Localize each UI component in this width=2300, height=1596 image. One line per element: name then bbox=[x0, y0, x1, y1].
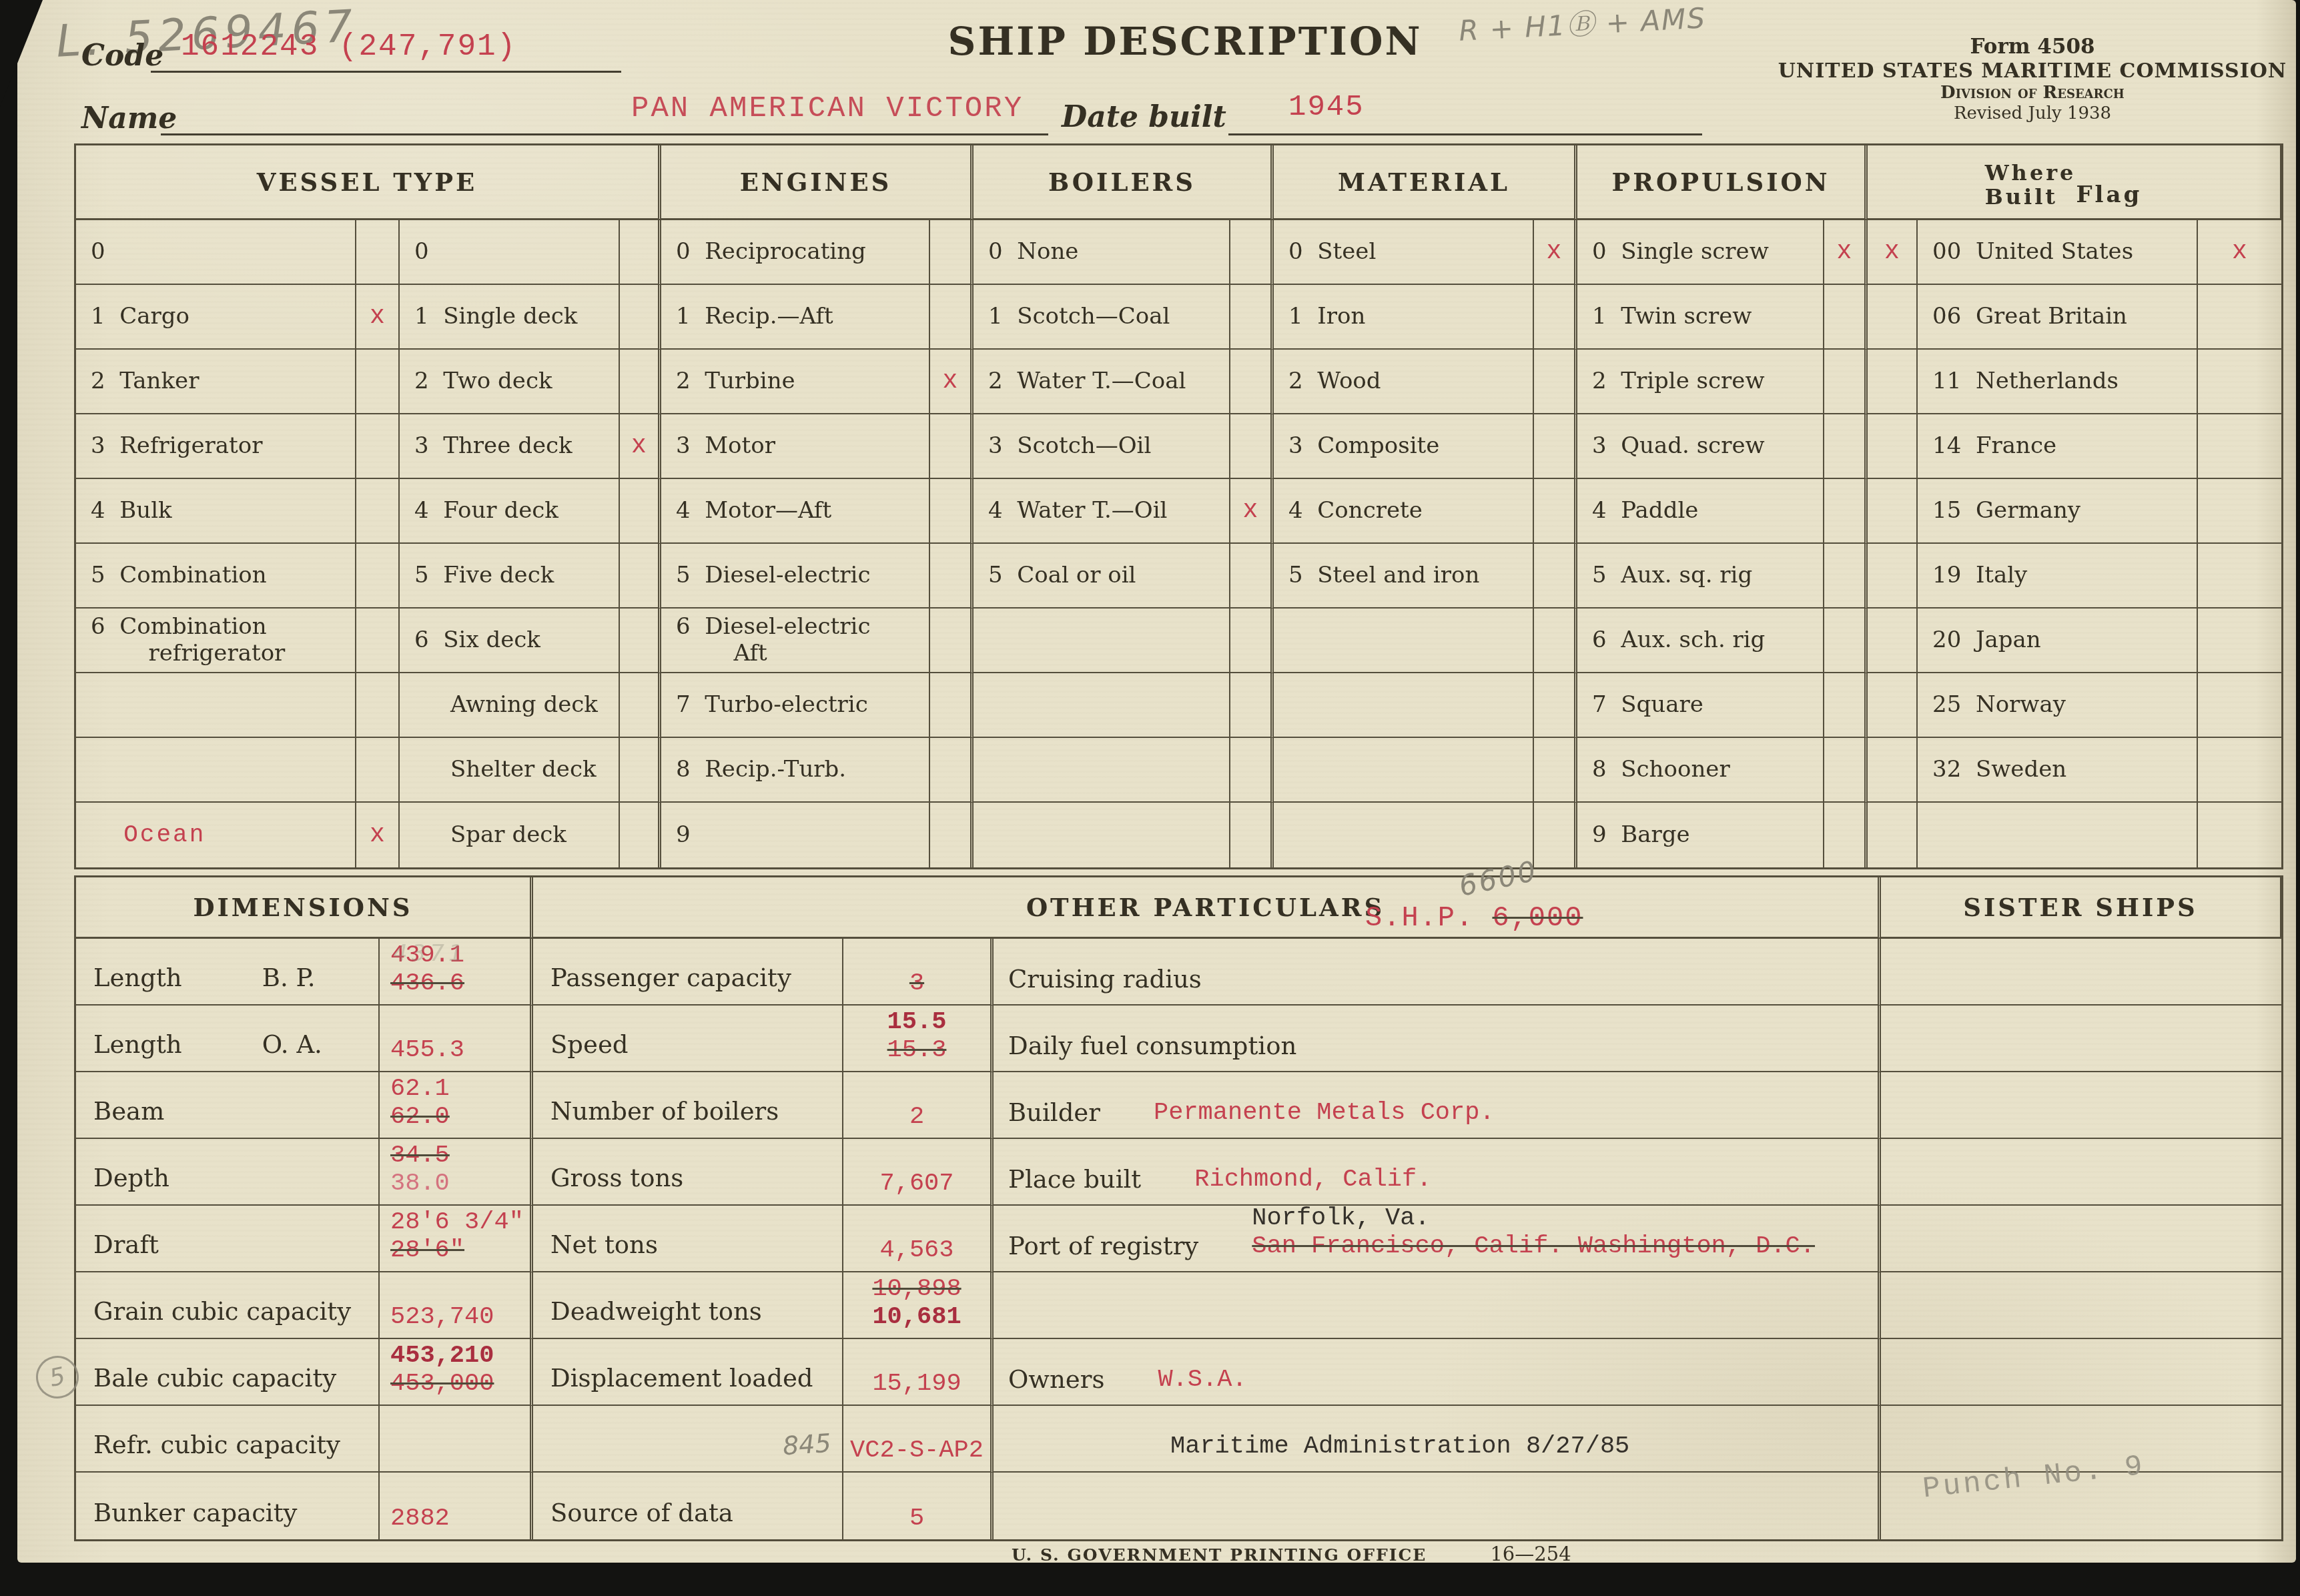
material-check-r4 bbox=[1534, 479, 1577, 544]
propulsion-r2: 2 Triple screw bbox=[1577, 350, 1824, 414]
right-values: Richmond, Calif. bbox=[1194, 1166, 1431, 1194]
country-r5: 19 Italy bbox=[1918, 544, 2198, 609]
right-cell-r2: BuilderPermanente Metals Corp. bbox=[994, 1072, 1881, 1139]
vessel-type1-r1: 1 Cargo bbox=[76, 285, 356, 350]
vessel-type2-check-r6 bbox=[620, 609, 661, 673]
vessel-type2-check-r0 bbox=[620, 220, 661, 285]
right-values: W.S.A. bbox=[1158, 1366, 1246, 1394]
particulars-table: DIMENSIONS OTHER PARTICULARS SISTER SHIP… bbox=[74, 875, 2283, 1541]
material-r9 bbox=[1274, 803, 1534, 867]
sister-ships-cell-r4 bbox=[1881, 1206, 2281, 1272]
vessel-type2-check-r1 bbox=[620, 285, 661, 350]
boilers-check-r1 bbox=[1230, 285, 1274, 350]
sister-ships-cell-r2 bbox=[1881, 1072, 2281, 1139]
dim-label-text: Grain cubic capacity bbox=[93, 1297, 351, 1326]
header-propulsion: PROPULSION bbox=[1577, 145, 1868, 220]
material-r1: 1 Iron bbox=[1274, 285, 1534, 350]
op-label-r4: Net tons bbox=[533, 1206, 843, 1272]
op-value-r5-1: 10,681 bbox=[872, 1304, 961, 1331]
op-label-text: Displacement loaded bbox=[550, 1364, 813, 1392]
op-value-r6: 15,199 bbox=[843, 1339, 994, 1406]
right-value-r2-0: Permanente Metals Corp. bbox=[1154, 1100, 1495, 1127]
op-value-r5-0: 10,898 bbox=[872, 1276, 961, 1303]
dim-label-text: Length bbox=[93, 1030, 182, 1059]
boilers-check-r8 bbox=[1230, 738, 1274, 803]
printing-office-text: U. S. GOVERNMENT PRINTING OFFICE bbox=[1012, 1545, 1427, 1565]
op-value-r3: 7,607 bbox=[843, 1139, 994, 1206]
right-cell-r1: Daily fuel consumption bbox=[994, 1006, 1881, 1072]
propulsion-check-r9 bbox=[1824, 803, 1868, 867]
flag-check-r9 bbox=[2198, 803, 2281, 867]
where-built-check-r1 bbox=[1868, 285, 1918, 350]
boilers-r6 bbox=[974, 609, 1230, 673]
dim-label-r3: Depth bbox=[76, 1139, 380, 1206]
date-built-value: 1945 bbox=[1288, 91, 1365, 124]
form-number: Form 4508 bbox=[1772, 35, 2293, 59]
ship-name-value: PAN AMERICAN VICTORY bbox=[631, 92, 1024, 125]
propulsion-check-r7 bbox=[1824, 673, 1868, 738]
dim-value-r6: 453,210453,000 bbox=[380, 1339, 533, 1406]
dim-value-r2: 62.162.0 bbox=[380, 1072, 533, 1139]
propulsion-check-r2 bbox=[1824, 350, 1868, 414]
engines-r3: 3 Motor bbox=[661, 414, 930, 479]
material-r6 bbox=[1274, 609, 1534, 673]
right-label-text: Builder bbox=[1008, 1098, 1100, 1127]
engines-check-r9 bbox=[930, 803, 974, 867]
op-label-r5: Deadweight tons bbox=[533, 1272, 843, 1339]
print-code: 16—254 bbox=[1490, 1543, 1571, 1565]
right-label-text: Place built bbox=[1008, 1165, 1141, 1194]
dim-value-r4-0: 28'6 3/4" bbox=[390, 1209, 524, 1236]
right-centered-note: Maritime Administration 8/27/85 bbox=[1170, 1433, 1629, 1461]
sister-ships-cell-r3 bbox=[1881, 1139, 2281, 1206]
propulsion-check-r1 bbox=[1824, 285, 1868, 350]
material-check-r5 bbox=[1534, 544, 1577, 609]
sister-ships-cell-r0 bbox=[1881, 939, 2281, 1006]
op-value-r4-0: 4,563 bbox=[879, 1237, 953, 1264]
dim-value-r3-1: 38.0 bbox=[390, 1170, 450, 1198]
flag-check-r2 bbox=[2198, 350, 2281, 414]
date-built-underline bbox=[1228, 133, 1702, 135]
engines-r5: 5 Diesel-electric bbox=[661, 544, 930, 609]
where-built-check-r5 bbox=[1868, 544, 1918, 609]
header-material: MATERIAL bbox=[1274, 145, 1577, 220]
material-check-r8 bbox=[1534, 738, 1577, 803]
flag-check-r4 bbox=[2198, 479, 2281, 544]
vessel-type1-check-r7 bbox=[356, 673, 400, 738]
header-other-particulars: OTHER PARTICULARS bbox=[533, 877, 1881, 939]
engines-r0: 0 Reciprocating bbox=[661, 220, 930, 285]
vessel-type2-check-r9 bbox=[620, 803, 661, 867]
op-value-r8: 5 bbox=[843, 1473, 994, 1539]
dim-label-r2: Beam bbox=[76, 1072, 380, 1139]
op-label-text: Deadweight tons bbox=[550, 1297, 762, 1326]
dim-value-r4: 28'6 3/4"28'6" bbox=[380, 1206, 533, 1272]
op-label-r7: 845 bbox=[533, 1406, 843, 1473]
code-value: 1612243 (247,791) bbox=[181, 29, 516, 64]
boilers-check-r7 bbox=[1230, 673, 1274, 738]
vessel-type2-r9: Spar deck bbox=[400, 803, 620, 867]
paper-sheet: L. 5269467 Code 1612243 (247,791) SHIP D… bbox=[17, 0, 2296, 1563]
vessel-type1-check-r5 bbox=[356, 544, 400, 609]
engines-check-r3 bbox=[930, 414, 974, 479]
op-value-r1-1: 15.3 bbox=[887, 1037, 947, 1064]
code-label: Code bbox=[81, 39, 163, 73]
boilers-r2: 2 Water T.—Coal bbox=[974, 350, 1230, 414]
dim-value-r4-1: 28'6" bbox=[390, 1237, 464, 1264]
op-label-r1: Speed bbox=[533, 1006, 843, 1072]
where-built-check-r8 bbox=[1868, 738, 1918, 803]
where-built-check-r6 bbox=[1868, 609, 1918, 673]
dim-label-suffix: O. A. bbox=[262, 1030, 322, 1059]
country-r1: 06 Great Britain bbox=[1918, 285, 2198, 350]
boilers-r7 bbox=[974, 673, 1230, 738]
division-name: Division of Research bbox=[1772, 83, 2293, 103]
op-label-text: Source of data bbox=[550, 1499, 733, 1527]
material-r4: 4 Concrete bbox=[1274, 479, 1534, 544]
right-value-r3-0: Richmond, Calif. bbox=[1194, 1166, 1431, 1194]
engines-check-r0 bbox=[930, 220, 974, 285]
op-value-r3-0: 7,607 bbox=[879, 1170, 953, 1198]
boilers-check-r9 bbox=[1230, 803, 1274, 867]
right-label-text: Owners bbox=[1008, 1365, 1104, 1394]
boilers-check-r5 bbox=[1230, 544, 1274, 609]
shp-struck-value: 6,000 bbox=[1492, 902, 1583, 934]
flag-check-r7 bbox=[2198, 673, 2281, 738]
boilers-check-r2 bbox=[1230, 350, 1274, 414]
engines-check-r4 bbox=[930, 479, 974, 544]
op-label-text: Speed bbox=[550, 1030, 629, 1059]
engines-r7: 7 Turbo-electric bbox=[661, 673, 930, 738]
vessel-type1-check-r4 bbox=[356, 479, 400, 544]
right-label-text: Port of registry bbox=[1008, 1232, 1198, 1260]
op-label-text: Net tons bbox=[550, 1230, 658, 1259]
boilers-check-r6 bbox=[1230, 609, 1274, 673]
engines-r9: 9 bbox=[661, 803, 930, 867]
vessel-type2-r2: 2 Two deck bbox=[400, 350, 620, 414]
material-r5: 5 Steel and iron bbox=[1274, 544, 1534, 609]
date-built-label: Date built bbox=[1062, 100, 1226, 134]
op-label-r3: Gross tons bbox=[533, 1139, 843, 1206]
material-check-r0: x bbox=[1534, 220, 1577, 285]
dim-label-text: Draft bbox=[93, 1230, 159, 1259]
form-identification-block: Form 4508 UNITED STATES MARITIME COMMISS… bbox=[1772, 35, 2293, 123]
engines-check-r6 bbox=[930, 609, 974, 673]
vessel-type1-check-r2 bbox=[356, 350, 400, 414]
material-check-r7 bbox=[1534, 673, 1577, 738]
propulsion-r3: 3 Quad. screw bbox=[1577, 414, 1824, 479]
op-label-r2: Number of boilers bbox=[533, 1072, 843, 1139]
vessel-type1-check-r8 bbox=[356, 738, 400, 803]
propulsion-check-r4 bbox=[1824, 479, 1868, 544]
op-value-r0-0: 3 bbox=[909, 970, 924, 997]
right-label-text: Daily fuel consumption bbox=[1008, 1032, 1296, 1060]
dim-label-r8: Bunker capacity bbox=[76, 1473, 380, 1539]
dim-label-r0: LengthB. P. bbox=[76, 939, 380, 1006]
right-value-r4-0: Norfolk, Va. bbox=[1252, 1205, 1429, 1232]
dim-value-r8: 2882 bbox=[380, 1473, 533, 1539]
vessel-type2-r1: 1 Single deck bbox=[400, 285, 620, 350]
where-built-check-r2 bbox=[1868, 350, 1918, 414]
engines-r1: 1 Recip.—Aft bbox=[661, 285, 930, 350]
boilers-r0: 0 None bbox=[974, 220, 1230, 285]
pencil-annotation: R + H1Ⓑ + AMS bbox=[1458, 0, 1707, 49]
where-built-check-r4 bbox=[1868, 479, 1918, 544]
flag-check-r5 bbox=[2198, 544, 2281, 609]
right-cell-r6: OwnersW.S.A. bbox=[994, 1339, 1881, 1406]
dim-value-r1-0: 455.3 bbox=[390, 1037, 464, 1064]
material-r7 bbox=[1274, 673, 1534, 738]
op-label-text: Gross tons bbox=[550, 1164, 683, 1192]
flag-check-r6 bbox=[2198, 609, 2281, 673]
country-r9 bbox=[1918, 803, 2198, 867]
op-value-r5: 10,89810,681 bbox=[843, 1272, 994, 1339]
boilers-r3: 3 Scotch—Oil bbox=[974, 414, 1230, 479]
vessel-type2-check-r3: x bbox=[620, 414, 661, 479]
propulsion-r8: 8 Schooner bbox=[1577, 738, 1824, 803]
propulsion-check-r3 bbox=[1824, 414, 1868, 479]
material-r3: 3 Composite bbox=[1274, 414, 1534, 479]
material-check-r9 bbox=[1534, 803, 1577, 867]
op-value-r2-0: 2 bbox=[909, 1104, 924, 1131]
right-value-r4-1: San Francisco, Calif. Washington, D.C. bbox=[1252, 1233, 1815, 1260]
propulsion-r6: 6 Aux. sch. rig bbox=[1577, 609, 1824, 673]
vessel-type1-check-r0 bbox=[356, 220, 400, 285]
sister-ships-cell-r5 bbox=[1881, 1272, 2281, 1339]
material-r2: 2 Wood bbox=[1274, 350, 1534, 414]
right-label-text: Cruising radius bbox=[1008, 965, 1202, 993]
shp-annotation: S.H.P. 6,000 bbox=[1365, 902, 1583, 934]
engines-r2: 2 Turbine bbox=[661, 350, 930, 414]
vessel-type1-check-r6 bbox=[356, 609, 400, 673]
material-r8 bbox=[1274, 738, 1534, 803]
right-cell-r5 bbox=[994, 1272, 1881, 1339]
dim-label-text: Beam bbox=[93, 1097, 164, 1126]
shp-label: S.H.P. bbox=[1365, 902, 1474, 934]
boilers-check-r3 bbox=[1230, 414, 1274, 479]
propulsion-r4: 4 Paddle bbox=[1577, 479, 1824, 544]
boilers-r4: 4 Water T.—Oil bbox=[974, 479, 1230, 544]
dim-label-r5: Grain cubic capacity bbox=[76, 1272, 380, 1339]
country-r3: 14 France bbox=[1918, 414, 2198, 479]
dim-value-r5-0: 523,740 bbox=[390, 1304, 494, 1331]
margin-note-value: 5 bbox=[47, 1362, 68, 1392]
flag-check-r1 bbox=[2198, 285, 2281, 350]
op-value-r0: 3 bbox=[843, 939, 994, 1006]
dim-value-r2-1: 62.0 bbox=[390, 1104, 450, 1131]
propulsion-check-r5 bbox=[1824, 544, 1868, 609]
vessel-type1-r7 bbox=[76, 673, 356, 738]
boilers-r9 bbox=[974, 803, 1230, 867]
propulsion-check-r8 bbox=[1824, 738, 1868, 803]
dim-label-r7: Refr. cubic capacity bbox=[76, 1406, 380, 1473]
propulsion-check-r6 bbox=[1824, 609, 1868, 673]
op-label-text: Passenger capacity bbox=[550, 963, 791, 992]
dim-label-r4: Draft bbox=[76, 1206, 380, 1272]
vessel-type1-r2: 2 Tanker bbox=[76, 350, 356, 414]
boilers-r5: 5 Coal or oil bbox=[974, 544, 1230, 609]
header-vessel-type: VESSEL TYPE bbox=[76, 145, 661, 220]
op-value-r6-0: 15,199 bbox=[872, 1370, 961, 1398]
right-cell-r8 bbox=[994, 1473, 1881, 1539]
header-where-built: Where Built bbox=[1985, 161, 2076, 208]
country-r6: 20 Japan bbox=[1918, 609, 2198, 673]
header-engines: ENGINES bbox=[661, 145, 974, 220]
header-dimensions: DIMENSIONS bbox=[76, 877, 533, 939]
propulsion-r7: 7 Square bbox=[1577, 673, 1824, 738]
dim-label-r1: LengthO. A. bbox=[76, 1006, 380, 1072]
dim-value-r6-0: 453,210 bbox=[390, 1342, 494, 1370]
header-boilers: BOILERS bbox=[974, 145, 1274, 220]
agency-name: UNITED STATES MARITIME COMMISSION bbox=[1772, 59, 2293, 83]
where-built-check-r0: x bbox=[1868, 220, 1918, 285]
vessel-type1-check-r1: x bbox=[356, 285, 400, 350]
engines-r4: 4 Motor—Aft bbox=[661, 479, 930, 544]
vessel-type1-r3: 3 Refrigerator bbox=[76, 414, 356, 479]
vessel-type1-r6: 6 Combination refrigerator bbox=[76, 609, 356, 673]
country-r0: 00 United States bbox=[1918, 220, 2198, 285]
vessel-type2-check-r8 bbox=[620, 738, 661, 803]
dim-label-text: Length bbox=[93, 963, 182, 992]
vessel-type2-r0: 0 bbox=[400, 220, 620, 285]
scanned-ship-description-form: L. 5269467 Code 1612243 (247,791) SHIP D… bbox=[0, 0, 2300, 1596]
engines-check-r5 bbox=[930, 544, 974, 609]
boilers-r8 bbox=[974, 738, 1230, 803]
dim-label-text: Depth bbox=[93, 1164, 169, 1192]
engines-check-r1 bbox=[930, 285, 974, 350]
country-r2: 11 Netherlands bbox=[1918, 350, 2198, 414]
header-where-built-flag: Where Built Flag bbox=[1868, 145, 2281, 220]
country-r4: 15 Germany bbox=[1918, 479, 2198, 544]
vessel-type1-r8 bbox=[76, 738, 356, 803]
dim-value-r7 bbox=[380, 1406, 533, 1473]
op-value-r7-0: VC2-S-AP2 bbox=[850, 1437, 984, 1465]
dim-value-r0-1: 436.6 bbox=[390, 970, 464, 997]
propulsion-check-r0: x bbox=[1824, 220, 1868, 285]
dim-label-suffix: B. P. bbox=[262, 963, 316, 992]
flag-check-r0: x bbox=[2198, 220, 2281, 285]
engines-check-r7 bbox=[930, 673, 974, 738]
right-cell-r3: Place builtRichmond, Calif. bbox=[994, 1139, 1881, 1206]
vessel-type2-r6: 6 Six deck bbox=[400, 609, 620, 673]
material-r0: 0 Steel bbox=[1274, 220, 1534, 285]
right-cell-r4: Port of registryNorfolk, Va.San Francisc… bbox=[994, 1206, 1881, 1272]
right-values: Permanente Metals Corp. bbox=[1154, 1100, 1495, 1127]
header-flag: Flag bbox=[2076, 181, 2142, 208]
propulsion-r9: 9 Barge bbox=[1577, 803, 1824, 867]
vessel-type2-r8: Shelter deck bbox=[400, 738, 620, 803]
right-cell-r0: Cruising radius bbox=[994, 939, 1881, 1006]
name-underline bbox=[161, 133, 1048, 135]
vessel-type1-r5: 5 Combination bbox=[76, 544, 356, 609]
material-check-r3 bbox=[1534, 414, 1577, 479]
vessel-type1-r9: Ocean bbox=[76, 803, 356, 867]
where-built-check-r7 bbox=[1868, 673, 1918, 738]
op-label-text: Number of boilers bbox=[550, 1097, 779, 1126]
right-cell-r7: Maritime Administration 8/27/85 bbox=[994, 1406, 1881, 1473]
boilers-check-r4: x bbox=[1230, 479, 1274, 544]
classification-table: VESSEL TYPE ENGINES BOILERS MATERIAL PRO… bbox=[74, 143, 2283, 869]
page-title: SHIP DESCRIPTION bbox=[945, 19, 1425, 64]
op-value-r7: VC2-S-AP2 bbox=[843, 1406, 994, 1473]
print-office-footer: U. S. GOVERNMENT PRINTING OFFICE 16—254 bbox=[1012, 1543, 1571, 1565]
vessel-type1-check-r3 bbox=[356, 414, 400, 479]
engines-r8: 8 Recip.-Turb. bbox=[661, 738, 930, 803]
boilers-r1: 1 Scotch—Coal bbox=[974, 285, 1230, 350]
dim-value-r6-1: 453,000 bbox=[390, 1370, 494, 1398]
dim-label-text: Refr. cubic capacity bbox=[93, 1431, 340, 1459]
engines-check-r8 bbox=[930, 738, 974, 803]
vessel-type2-check-r7 bbox=[620, 673, 661, 738]
op-value-r4: 4,563 bbox=[843, 1206, 994, 1272]
vessel-type1-r0: 0 bbox=[76, 220, 356, 285]
country-r8: 32 Sweden bbox=[1918, 738, 2198, 803]
vessel-type2-check-r5 bbox=[620, 544, 661, 609]
dim-label-r6: Bale cubic capacity bbox=[76, 1339, 380, 1406]
propulsion-r1: 1 Twin screw bbox=[1577, 285, 1824, 350]
revision-date: Revised July 1938 bbox=[1772, 103, 2293, 124]
op-value-r1: 15.515.3 bbox=[843, 1006, 994, 1072]
material-check-r1 bbox=[1534, 285, 1577, 350]
boilers-check-r0 bbox=[1230, 220, 1274, 285]
sister-ships-cell-r1 bbox=[1881, 1006, 2281, 1072]
vessel-type2-r5: 5 Five deck bbox=[400, 544, 620, 609]
dim-label-text: Bunker capacity bbox=[93, 1499, 297, 1527]
op-value-r1-0: 15.5 bbox=[887, 1009, 947, 1036]
dim-pencil-ghost: 4371 bbox=[393, 940, 467, 967]
dim-label-text: Bale cubic capacity bbox=[93, 1364, 336, 1392]
vessel-type2-check-r4 bbox=[620, 479, 661, 544]
vessel-type1-r4: 4 Bulk bbox=[76, 479, 356, 544]
engines-check-r2: x bbox=[930, 350, 974, 414]
dim-value-r3-0: 34.5 bbox=[390, 1142, 450, 1170]
where-built-check-r3 bbox=[1868, 414, 1918, 479]
dim-value-r5: 523,740 bbox=[380, 1272, 533, 1339]
right-value-r6-0: W.S.A. bbox=[1158, 1366, 1246, 1394]
propulsion-r0: 0 Single screw bbox=[1577, 220, 1824, 285]
dim-value-r2-0: 62.1 bbox=[390, 1076, 450, 1103]
vessel-type2-r3: 3 Three deck bbox=[400, 414, 620, 479]
propulsion-r5: 5 Aux. sq. rig bbox=[1577, 544, 1824, 609]
where-built-check-r9 bbox=[1868, 803, 1918, 867]
vessel-type2-check-r2 bbox=[620, 350, 661, 414]
material-check-r2 bbox=[1534, 350, 1577, 414]
op-value-r8-0: 5 bbox=[909, 1505, 924, 1533]
vessel-type1-check-r9: x bbox=[356, 803, 400, 867]
country-r7: 25 Norway bbox=[1918, 673, 2198, 738]
sister-ships-cell-r6 bbox=[1881, 1339, 2281, 1406]
flag-check-r3 bbox=[2198, 414, 2281, 479]
name-label: Name bbox=[81, 101, 177, 135]
dim-value-r3: 34.538.0 bbox=[380, 1139, 533, 1206]
engines-r6: 6 Diesel-electric Aft bbox=[661, 609, 930, 673]
dim-value-r0: 4371439.1436.6 bbox=[380, 939, 533, 1006]
code-underline bbox=[151, 71, 621, 73]
vessel-type2-r4: 4 Four deck bbox=[400, 479, 620, 544]
material-check-r6 bbox=[1534, 609, 1577, 673]
right-values: Norfolk, Va.San Francisco, Calif. Washin… bbox=[1252, 1205, 1815, 1260]
flag-check-r8 bbox=[2198, 738, 2281, 803]
op-value-r2: 2 bbox=[843, 1072, 994, 1139]
dim-value-r8-0: 2882 bbox=[390, 1505, 450, 1533]
dim-value-r1: 455.3 bbox=[380, 1006, 533, 1072]
op-label-r8: Source of data bbox=[533, 1473, 843, 1539]
op-pencil-note: 845 bbox=[782, 1429, 832, 1461]
op-label-r6: Displacement loaded bbox=[533, 1339, 843, 1406]
header-sister-ships: SISTER SHIPS bbox=[1881, 877, 2281, 939]
vessel-type2-r7: Awning deck bbox=[400, 673, 620, 738]
op-label-r0: Passenger capacity bbox=[533, 939, 843, 1006]
